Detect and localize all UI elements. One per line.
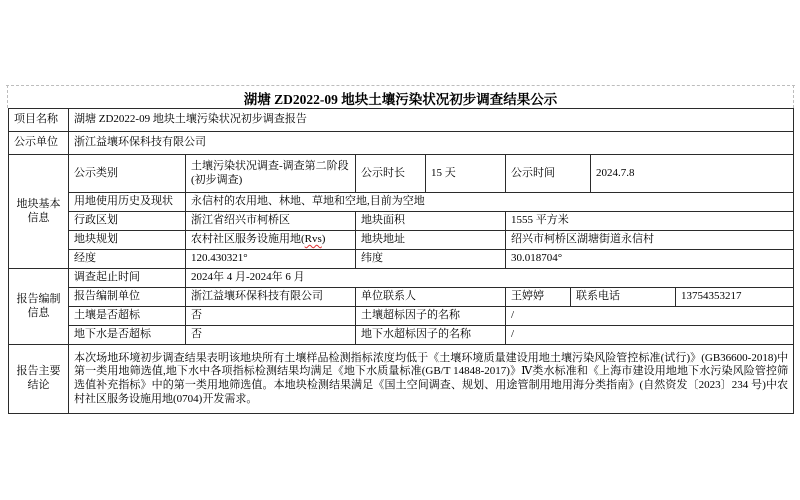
duration-value: 15 天 — [426, 155, 506, 193]
row-coordinates: 经度 120.430321° 纬度 30.018704° — [9, 250, 794, 269]
area-value: 1555 平方米 — [506, 212, 794, 231]
page-break-dashed-line-right — [793, 85, 794, 108]
section-report-info: 报告编制信息 — [9, 269, 69, 345]
planning-value: 农村社区服务设施用地(Rvs) — [186, 231, 356, 250]
row-publicity-category: 地块基本信息 公示类别 土壤污染状况调查-调查第二阶段(初步调查) 公示时长 1… — [9, 155, 794, 193]
history-label: 用地使用历史及现状 — [69, 193, 186, 212]
longitude-label: 经度 — [69, 250, 186, 269]
groundwater-factor-value: / — [506, 326, 794, 345]
address-value: 绍兴市柯桥区湖塘街道永信村 — [506, 231, 794, 250]
soil-exceed-value: 否 — [186, 307, 356, 326]
row-land-planning: 地块规划 农村社区服务设施用地(Rvs) 地块地址 绍兴市柯桥区湖塘街道永信村 — [9, 231, 794, 250]
survey-period-value: 2024年 4 月-2024年 6 月 — [186, 269, 794, 288]
address-label: 地块地址 — [356, 231, 506, 250]
page-break-dashed-line-top — [6, 85, 795, 86]
history-value: 永信村的农用地、林地、草地和空地,目前为空地 — [186, 193, 794, 212]
row-project-name: 项目名称 湖塘 ZD2022-09 地块土壤污染状况初步调查报告 — [9, 109, 794, 132]
row-groundwater-exceedance: 地下水是否超标 否 地下水超标因子的名称 / — [9, 326, 794, 345]
row-land-use-history: 用地使用历史及现状 永信村的农用地、林地、草地和空地,目前为空地 — [9, 193, 794, 212]
phone-value: 13754353217 — [676, 288, 794, 307]
groundwater-exceed-label: 地下水是否超标 — [69, 326, 186, 345]
district-label: 行政区划 — [69, 212, 186, 231]
district-value: 浙江省绍兴市柯桥区 — [186, 212, 356, 231]
section-main-conclusion: 报告主要结论 — [9, 345, 69, 414]
publicity-unit-label: 公示单位 — [9, 132, 69, 155]
planning-value-suffix: ) — [322, 233, 326, 245]
publicity-time-label: 公示时间 — [506, 155, 591, 193]
row-main-conclusion: 报告主要结论 本次场地环境初步调查结果表明该地块所有土壤样品检测指标浓度均低于《… — [9, 345, 794, 414]
soil-factor-label: 土壤超标因子的名称 — [356, 307, 506, 326]
area-label: 地块面积 — [356, 212, 506, 231]
report-unit-value: 浙江益壤环保科技有限公司 — [186, 288, 356, 307]
row-publicity-unit: 公示单位 浙江益壤环保科技有限公司 — [9, 132, 794, 155]
contact-label: 单位联系人 — [356, 288, 506, 307]
document-title: 湖塘 ZD2022-09 地块土壤污染状况初步调查结果公示 — [8, 88, 793, 108]
contact-value: 王婷婷 — [506, 288, 571, 307]
groundwater-factor-label: 地下水超标因子的名称 — [356, 326, 506, 345]
phone-label: 联系电话 — [571, 288, 676, 307]
soil-factor-value: / — [506, 307, 794, 326]
row-survey-period: 报告编制信息 调查起止时间 2024年 4 月-2024年 6 月 — [9, 269, 794, 288]
project-name-label: 项目名称 — [9, 109, 69, 132]
category-label: 公示类别 — [69, 155, 186, 193]
project-name-value: 湖塘 ZD2022-09 地块土壤污染状况初步调查报告 — [69, 109, 794, 132]
duration-label: 公示时长 — [356, 155, 426, 193]
publicity-time-value: 2024.7.8 — [591, 155, 794, 193]
publicity-unit-value: 浙江益壤环保科技有限公司 — [69, 132, 794, 155]
longitude-value: 120.430321° — [186, 250, 356, 269]
report-unit-label: 报告编制单位 — [69, 288, 186, 307]
planning-value-prefix: 农村社区服务设施用地( — [191, 233, 305, 245]
section-basic-info: 地块基本信息 — [9, 155, 69, 269]
planning-label: 地块规划 — [69, 231, 186, 250]
category-value: 土壤污染状况调查-调查第二阶段(初步调查) — [186, 155, 356, 193]
conclusion-text: 本次场地环境初步调查结果表明该地块所有土壤样品检测指标浓度均低于《土壤环境质量建… — [69, 345, 794, 414]
document-page: 湖塘 ZD2022-09 地块土壤污染状况初步调查结果公示 项目名称 湖塘 ZD… — [0, 0, 800, 500]
announcement-table: 项目名称 湖塘 ZD2022-09 地块土壤污染状况初步调查报告 公示单位 浙江… — [8, 108, 794, 414]
latitude-label: 纬度 — [356, 250, 506, 269]
groundwater-exceed-value: 否 — [186, 326, 356, 345]
planning-code-spellcheck: Rvs — [305, 233, 322, 245]
survey-period-label: 调查起止时间 — [69, 269, 186, 288]
latitude-value: 30.018704° — [506, 250, 794, 269]
row-soil-exceedance: 土壤是否超标 否 土壤超标因子的名称 / — [9, 307, 794, 326]
soil-exceed-label: 土壤是否超标 — [69, 307, 186, 326]
row-administrative-district: 行政区划 浙江省绍兴市柯桥区 地块面积 1555 平方米 — [9, 212, 794, 231]
row-report-unit: 报告编制单位 浙江益壤环保科技有限公司 单位联系人 王婷婷 联系电话 13754… — [9, 288, 794, 307]
